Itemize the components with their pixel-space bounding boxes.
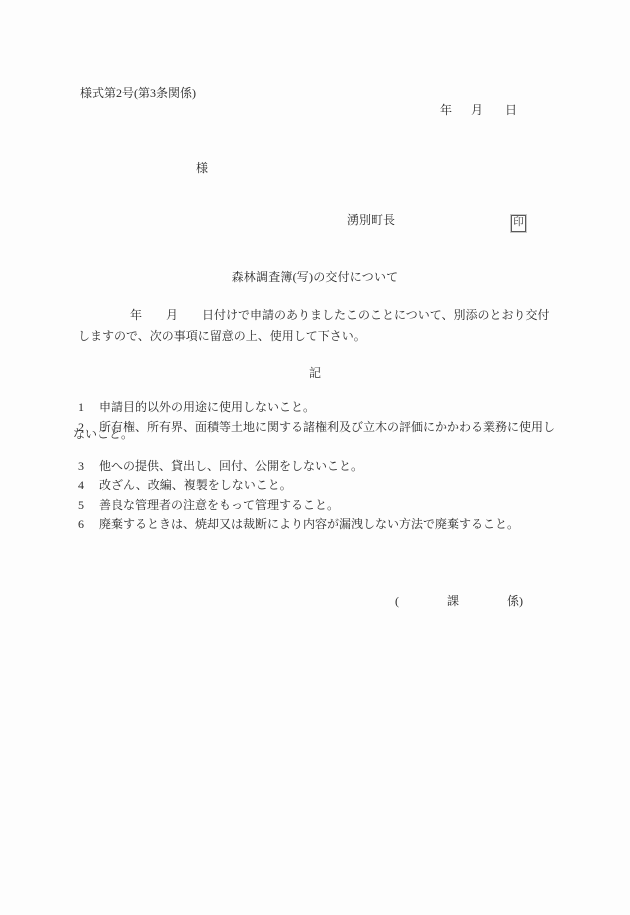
- date-day-label: 日: [505, 104, 517, 116]
- stamp-seal-box: 印: [511, 215, 526, 232]
- sender-name: 湧別町長: [347, 214, 395, 226]
- recipient-honorific: 様: [196, 162, 208, 174]
- date-month-label: 月: [471, 104, 483, 116]
- body-paragraph-line-2: しますので、次の事項に留意の上、使用して下さい。: [78, 330, 366, 342]
- document-title: 森林調査簿(写)の交付について: [0, 271, 630, 283]
- notice-item-6: 6廃棄するときは、焼却又は裁断により内容が漏洩しない方法で廃棄すること。: [66, 506, 519, 542]
- notice-item-2-continuation: ないこと。: [73, 428, 133, 440]
- item-text: 所有権、所有界、面積等土地に関する諸権利及び立木の評価にかかわる業務に使用し: [99, 420, 555, 434]
- body-paragraph-line-1: 年 月 日付けで申請のありましたこのことについて、別添のとおり交付: [130, 309, 550, 321]
- contact-section-line: ( 課 係): [395, 595, 523, 607]
- form-number-label: 様式第2号(第3条関係): [80, 87, 196, 99]
- notice-item-2: 2所有権、所有界、面積等土地に関する諸権利及び立木の評価にかかわる業務に使用し: [66, 409, 555, 445]
- stamp-seal-label: 印: [513, 218, 524, 229]
- date-year-label: 年: [440, 104, 452, 116]
- document-page: 様式第2号(第3条関係) 年 月 日 様 湧別町長 印 森林調査簿(写)の交付に…: [0, 0, 630, 915]
- item-text: 廃棄するときは、焼却又は裁断により内容が漏洩しない方法で廃棄すること。: [99, 517, 519, 531]
- notice-heading: 記: [0, 367, 630, 379]
- item-number: 6: [78, 518, 99, 530]
